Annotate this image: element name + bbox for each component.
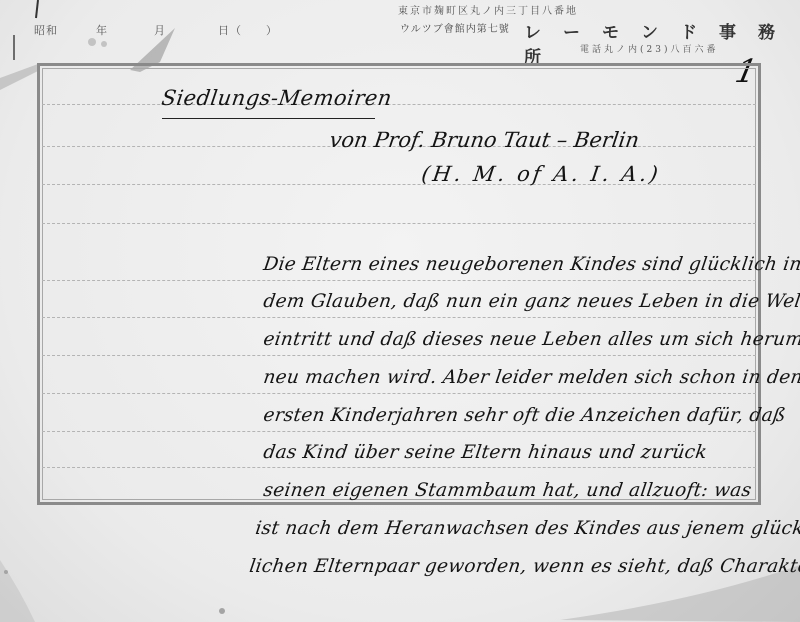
letterhead-page: 昭和 年 月 日（ ） 東京市麹町区丸ノ内三丁目八番地 ウルツブ會館内第七號 レ… [0, 0, 800, 622]
body-line: das Kind über seine Eltern hinaus und zu… [262, 442, 708, 463]
ruled-line [42, 467, 756, 468]
body-line: seinen eigenen Stammbaum hat, und allzuo… [262, 480, 753, 501]
ruled-line [42, 431, 756, 432]
telephone-line: 電話丸ノ内(23)八百六番 [580, 42, 718, 55]
ruled-line [42, 223, 756, 224]
address-line: 東京市麹町区丸ノ内三丁目八番地 [398, 2, 578, 17]
body-line: lichen Elternpaar geworden, wenn es sieh… [248, 556, 800, 577]
body-line: dem Glauben, daß nun ein ganz neues Lebe… [262, 291, 800, 312]
ruled-line [42, 280, 756, 281]
body-line: ist nach dem Heranwachsen des Kindes aus… [254, 518, 800, 539]
author-line: von Prof. Bruno Taut – Berlin [328, 128, 641, 152]
month-label: 月 [154, 22, 166, 38]
author-affiliation: (H. M. of A. I. A.) [420, 162, 662, 186]
body-line: Die Eltern eines neugeborenen Kindes sin… [262, 254, 800, 275]
body-line: neu machen wird. Aber leider melden sich… [262, 367, 800, 388]
ruled-line [42, 393, 756, 394]
ruled-line [42, 317, 756, 318]
year-label: 年 [96, 22, 108, 38]
body-line: ersten Kinderjahren sehr oft die Anzeich… [262, 405, 787, 426]
body-line: eintritt und daß dieses neue Leben alles… [262, 329, 800, 350]
era-label: 昭和 [34, 22, 58, 38]
building-line: ウルツブ會館内第七號 [400, 20, 510, 35]
manuscript-title: Siedlungs-Memoiren [160, 86, 394, 110]
title-underline [162, 118, 375, 119]
ruled-line [42, 104, 756, 105]
day-label: 日（ ） [218, 22, 278, 38]
ruled-line [42, 355, 756, 356]
